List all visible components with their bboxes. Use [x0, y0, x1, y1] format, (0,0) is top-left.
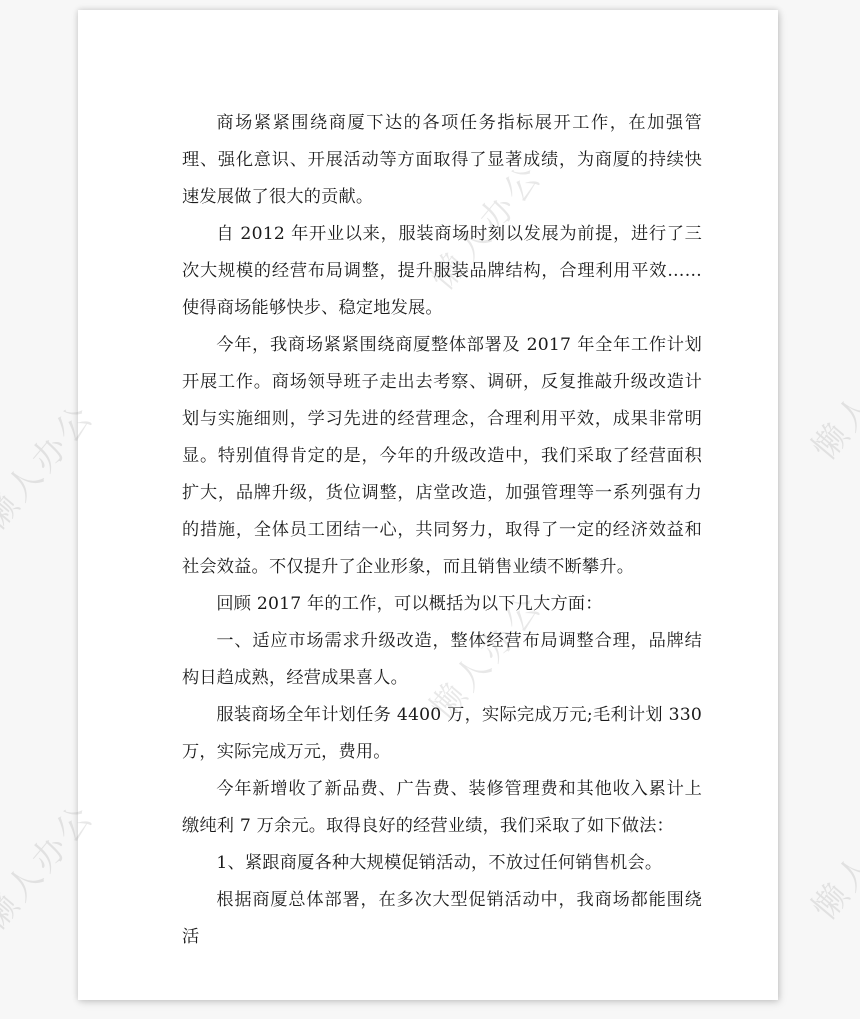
- paragraph: 自 2012 年开业以来，服装商场时刻以发展为前提，进行了三次大规模的经营布局调…: [182, 216, 702, 327]
- paragraph: 服装商场全年计划任务 4400 万，实际完成万元;毛利计划 330 万，实际完成…: [182, 697, 702, 771]
- watermark-text: 懒人办公: [798, 781, 860, 929]
- document-body: 商场紧紧围绕商厦下达的各项任务指标展开工作，在加强管理、强化意识、开展活动等方面…: [182, 105, 702, 956]
- paragraph: 根据商厦总体部署，在多次大型促销活动中，我商场都能围绕活: [182, 882, 702, 956]
- paragraph: 今年，我商场紧紧围绕商厦整体部署及 2017 年全年工作计划开展工作。商场领导班…: [182, 327, 702, 586]
- paragraph: 1、紧跟商厦各种大规模促销活动，不放过任何销售机会。: [182, 845, 702, 882]
- paragraph: 今年新增收了新品费、广告费、装修管理费和其他收入累计上缴纯利 7 万余元。取得良…: [182, 771, 702, 845]
- paragraph: 一、适应市场需求升级改造，整体经营布局调整合理，品牌结构日趋成熟，经营成果喜人。: [182, 623, 702, 697]
- paragraph: 商场紧紧围绕商厦下达的各项任务指标展开工作，在加强管理、强化意识、开展活动等方面…: [182, 105, 702, 216]
- paragraph: 回顾 2017 年的工作，可以概括为以下几大方面：: [182, 586, 702, 623]
- watermark-text: 懒人办公: [798, 321, 860, 469]
- document-page: 懒人办公 懒人办公 商场紧紧围绕商厦下达的各项任务指标展开工作，在加强管理、强化…: [78, 10, 778, 1000]
